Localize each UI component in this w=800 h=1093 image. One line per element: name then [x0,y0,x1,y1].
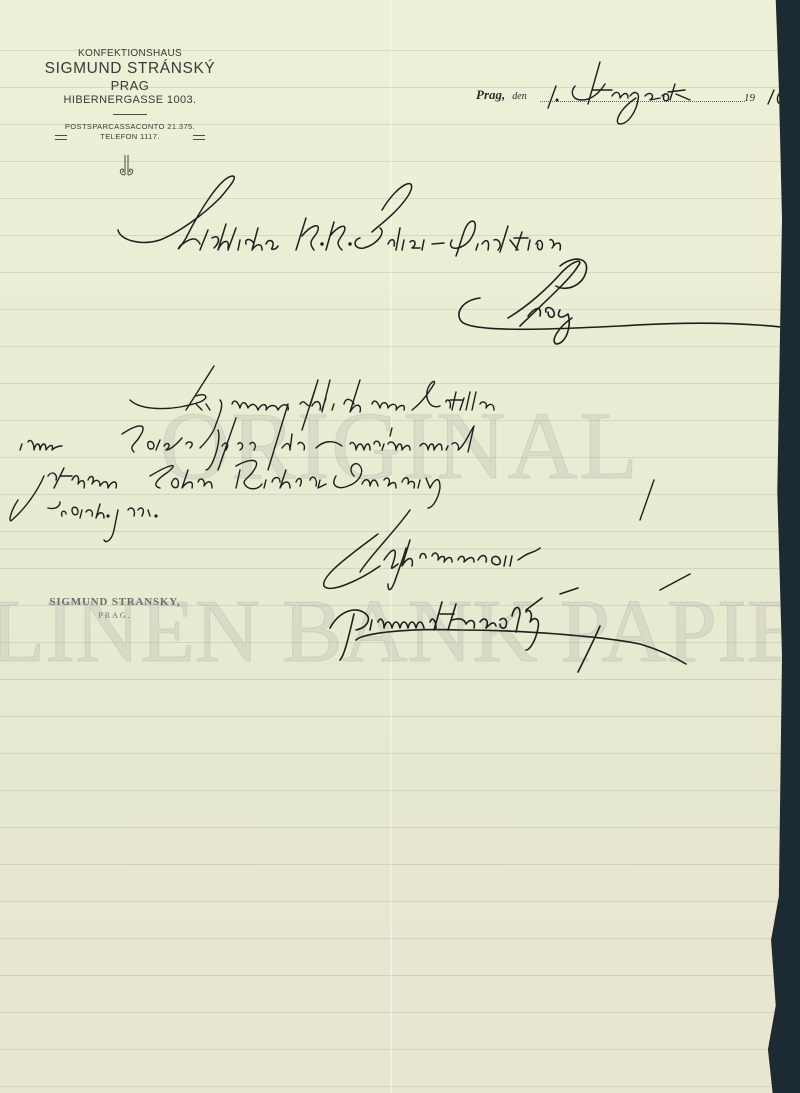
handwriting-ink [0,0,782,1093]
handwritten-body-line-4 [48,480,654,542]
handwritten-salutation [118,176,560,256]
handwritten-signature [330,598,686,672]
handwritten-closing [324,510,690,594]
handwritten-body-line-2 [20,400,474,470]
letter-sheet: ORIGINAL LINEN BANK PAPIER KONFEKTIONSHA… [0,0,782,1093]
handwritten-body-line-1 [130,366,494,430]
handwritten-date [548,62,782,124]
handwritten-salutation-city [459,259,782,344]
